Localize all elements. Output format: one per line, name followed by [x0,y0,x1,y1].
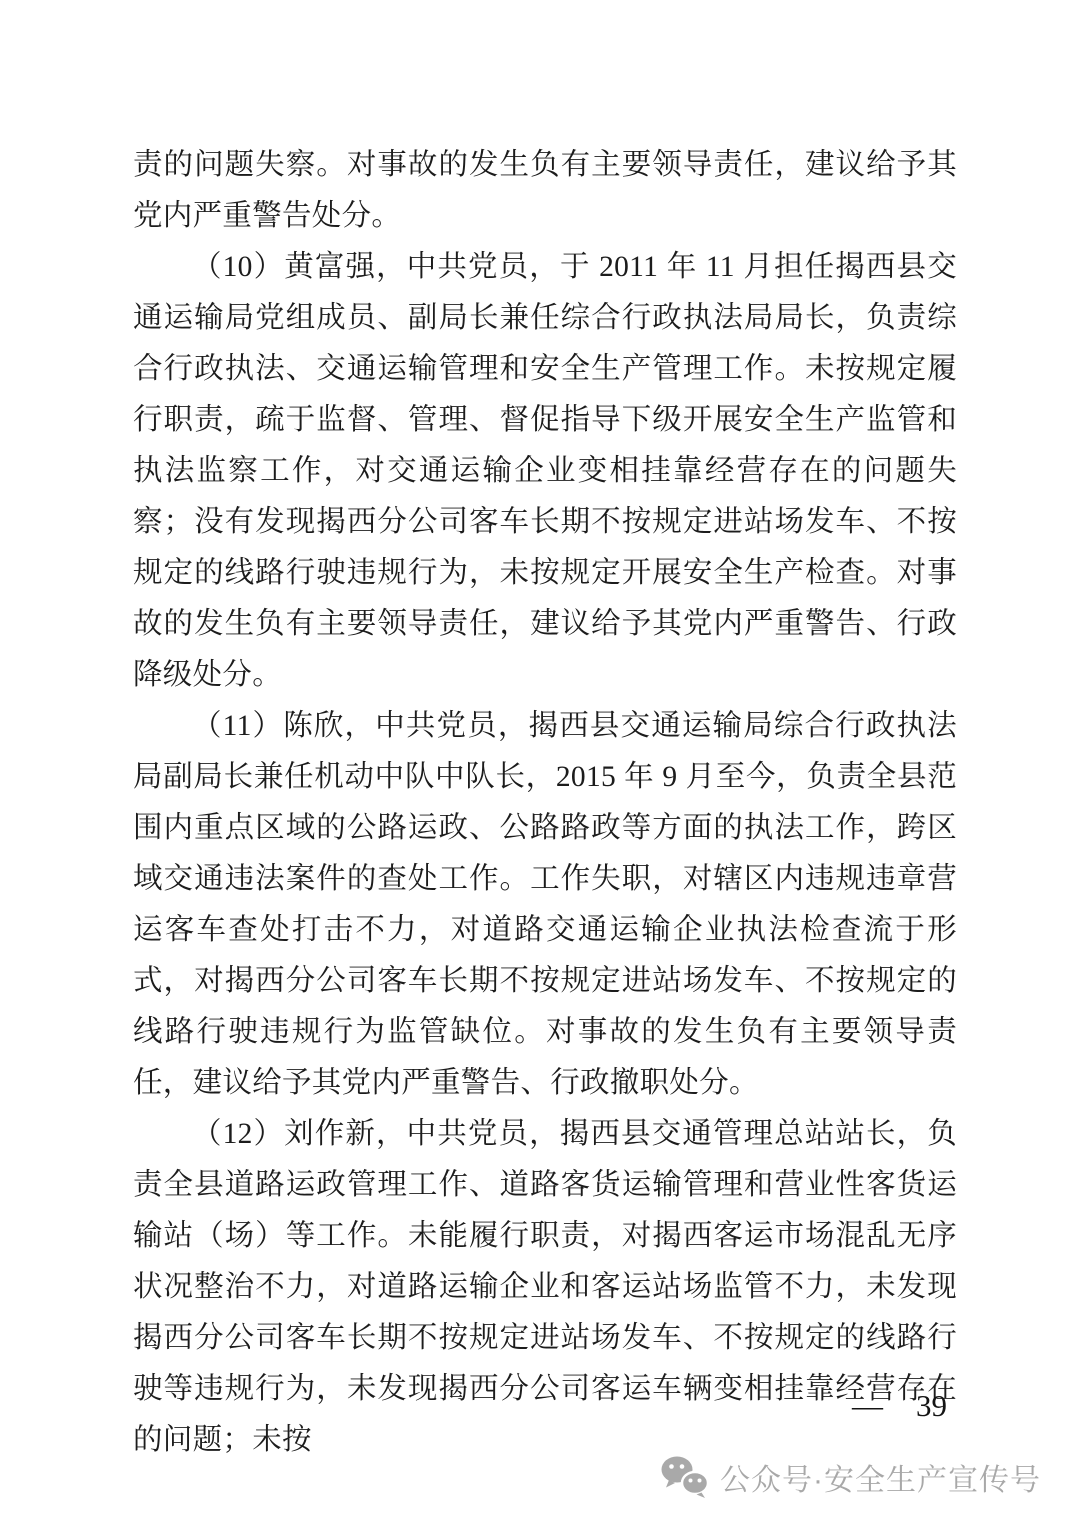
paragraph-item-11: （11）陈欣，中共党员，揭西县交通运输局综合行政执法局副局长兼任机动中队中队长，… [133,701,957,1109]
page-number-value: 39 [916,1388,947,1424]
page-number-dash: — [852,1388,883,1424]
paragraph-item-10: （10）黄富强，中共党员，于 2011 年 11 月担任揭西县交通运输局党组成员… [133,242,957,701]
watermark-text: 公众号·安全生产宣传号 [720,1455,1041,1499]
paragraph-item-12: （12）刘作新，中共党员，揭西县交通管理总站站长，负责全县道路运政管理工作、道路… [133,1109,957,1466]
page-number: — 39 [852,1388,947,1424]
watermark-footer: 公众号·安全生产宣传号 [660,1455,1041,1499]
paragraph-continuation: 责的问题失察。对事故的发生负有主要领导责任，建议给予其党内严重警告处分。 [133,140,957,242]
document-body: 责的问题失察。对事故的发生负有主要领导责任，建议给予其党内严重警告处分。 （10… [133,140,957,1466]
wechat-icon [660,1455,710,1499]
document-page: 责的问题失察。对事故的发生负有主要领导责任，建议给予其党内严重警告处分。 （10… [0,0,1080,1527]
